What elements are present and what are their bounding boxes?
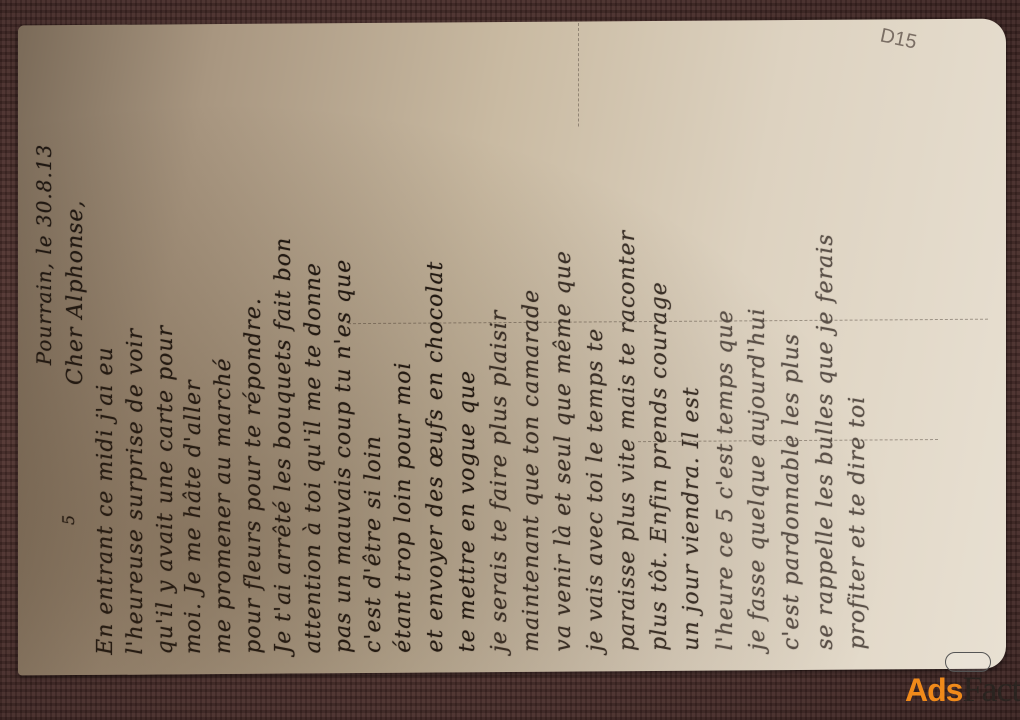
text-line: l'heureuse surprise de voir — [123, 328, 148, 655]
text-line: te mettre en vogue que — [455, 370, 480, 653]
text-line: l'heure ce 5 c'est temps que — [713, 309, 738, 650]
text-line: profiter et te dire toi — [845, 396, 870, 650]
text-line: c'est d'être si loin — [361, 435, 386, 653]
adsfactory-watermark: AdsFactory — [905, 668, 1020, 710]
margin-mark: 5 — [59, 514, 78, 525]
header-date: Pourrain, le 30.8.13 — [32, 144, 56, 366]
text-line: je vais avec toi le temps te — [583, 328, 608, 652]
watermark-prefix: Ads — [905, 672, 962, 708]
text-line: qu'il y avait une carte pour — [153, 325, 178, 655]
text-line: Je t'ai arrêté les bouquets fait bon — [271, 237, 296, 654]
text-line: pas un mauvais coup tu n'es que — [331, 259, 356, 654]
text-line: se rappelle les bulles que je ferais — [813, 233, 838, 650]
text-line: me promener au marché — [211, 357, 236, 654]
postcard: Pourrain, le 30.8.13 Cher Alphonse, 5 En… — [18, 19, 1006, 676]
watermark-suffix: Factory — [962, 669, 1020, 709]
text-line: attention à toi qu'il me te donne — [301, 262, 326, 653]
text-line: En entrant ce midi j'ai eu — [93, 346, 118, 655]
text-line: paraisse plus vite mais te raconter — [615, 230, 640, 651]
text-line: un jour viendra. Il est — [679, 386, 704, 650]
text-line: pour fleurs pour te répondre. — [241, 297, 266, 654]
text-line: va venir là et seul que même que — [551, 250, 576, 652]
text-line: plus tôt. Enfin prends courage — [647, 281, 672, 651]
salutation: Cher Alphonse, — [63, 200, 88, 386]
text-line: et envoyer des œufs en chocolat — [423, 261, 448, 653]
text-line: moi. Je me hâte d'aller — [181, 379, 206, 654]
text-line: c'est pardonnable les plus — [779, 333, 804, 650]
text-line: je fasse quelque aujourd'hui — [745, 307, 770, 650]
text-line: maintenant que ton camarade — [519, 289, 544, 652]
text-line: étant trop loin pour moi — [391, 361, 416, 652]
handwritten-text: Pourrain, le 30.8.13 Cher Alphonse, 5 En… — [18, 19, 1006, 676]
text-line: je serais te faire plus plaisir — [487, 310, 512, 653]
